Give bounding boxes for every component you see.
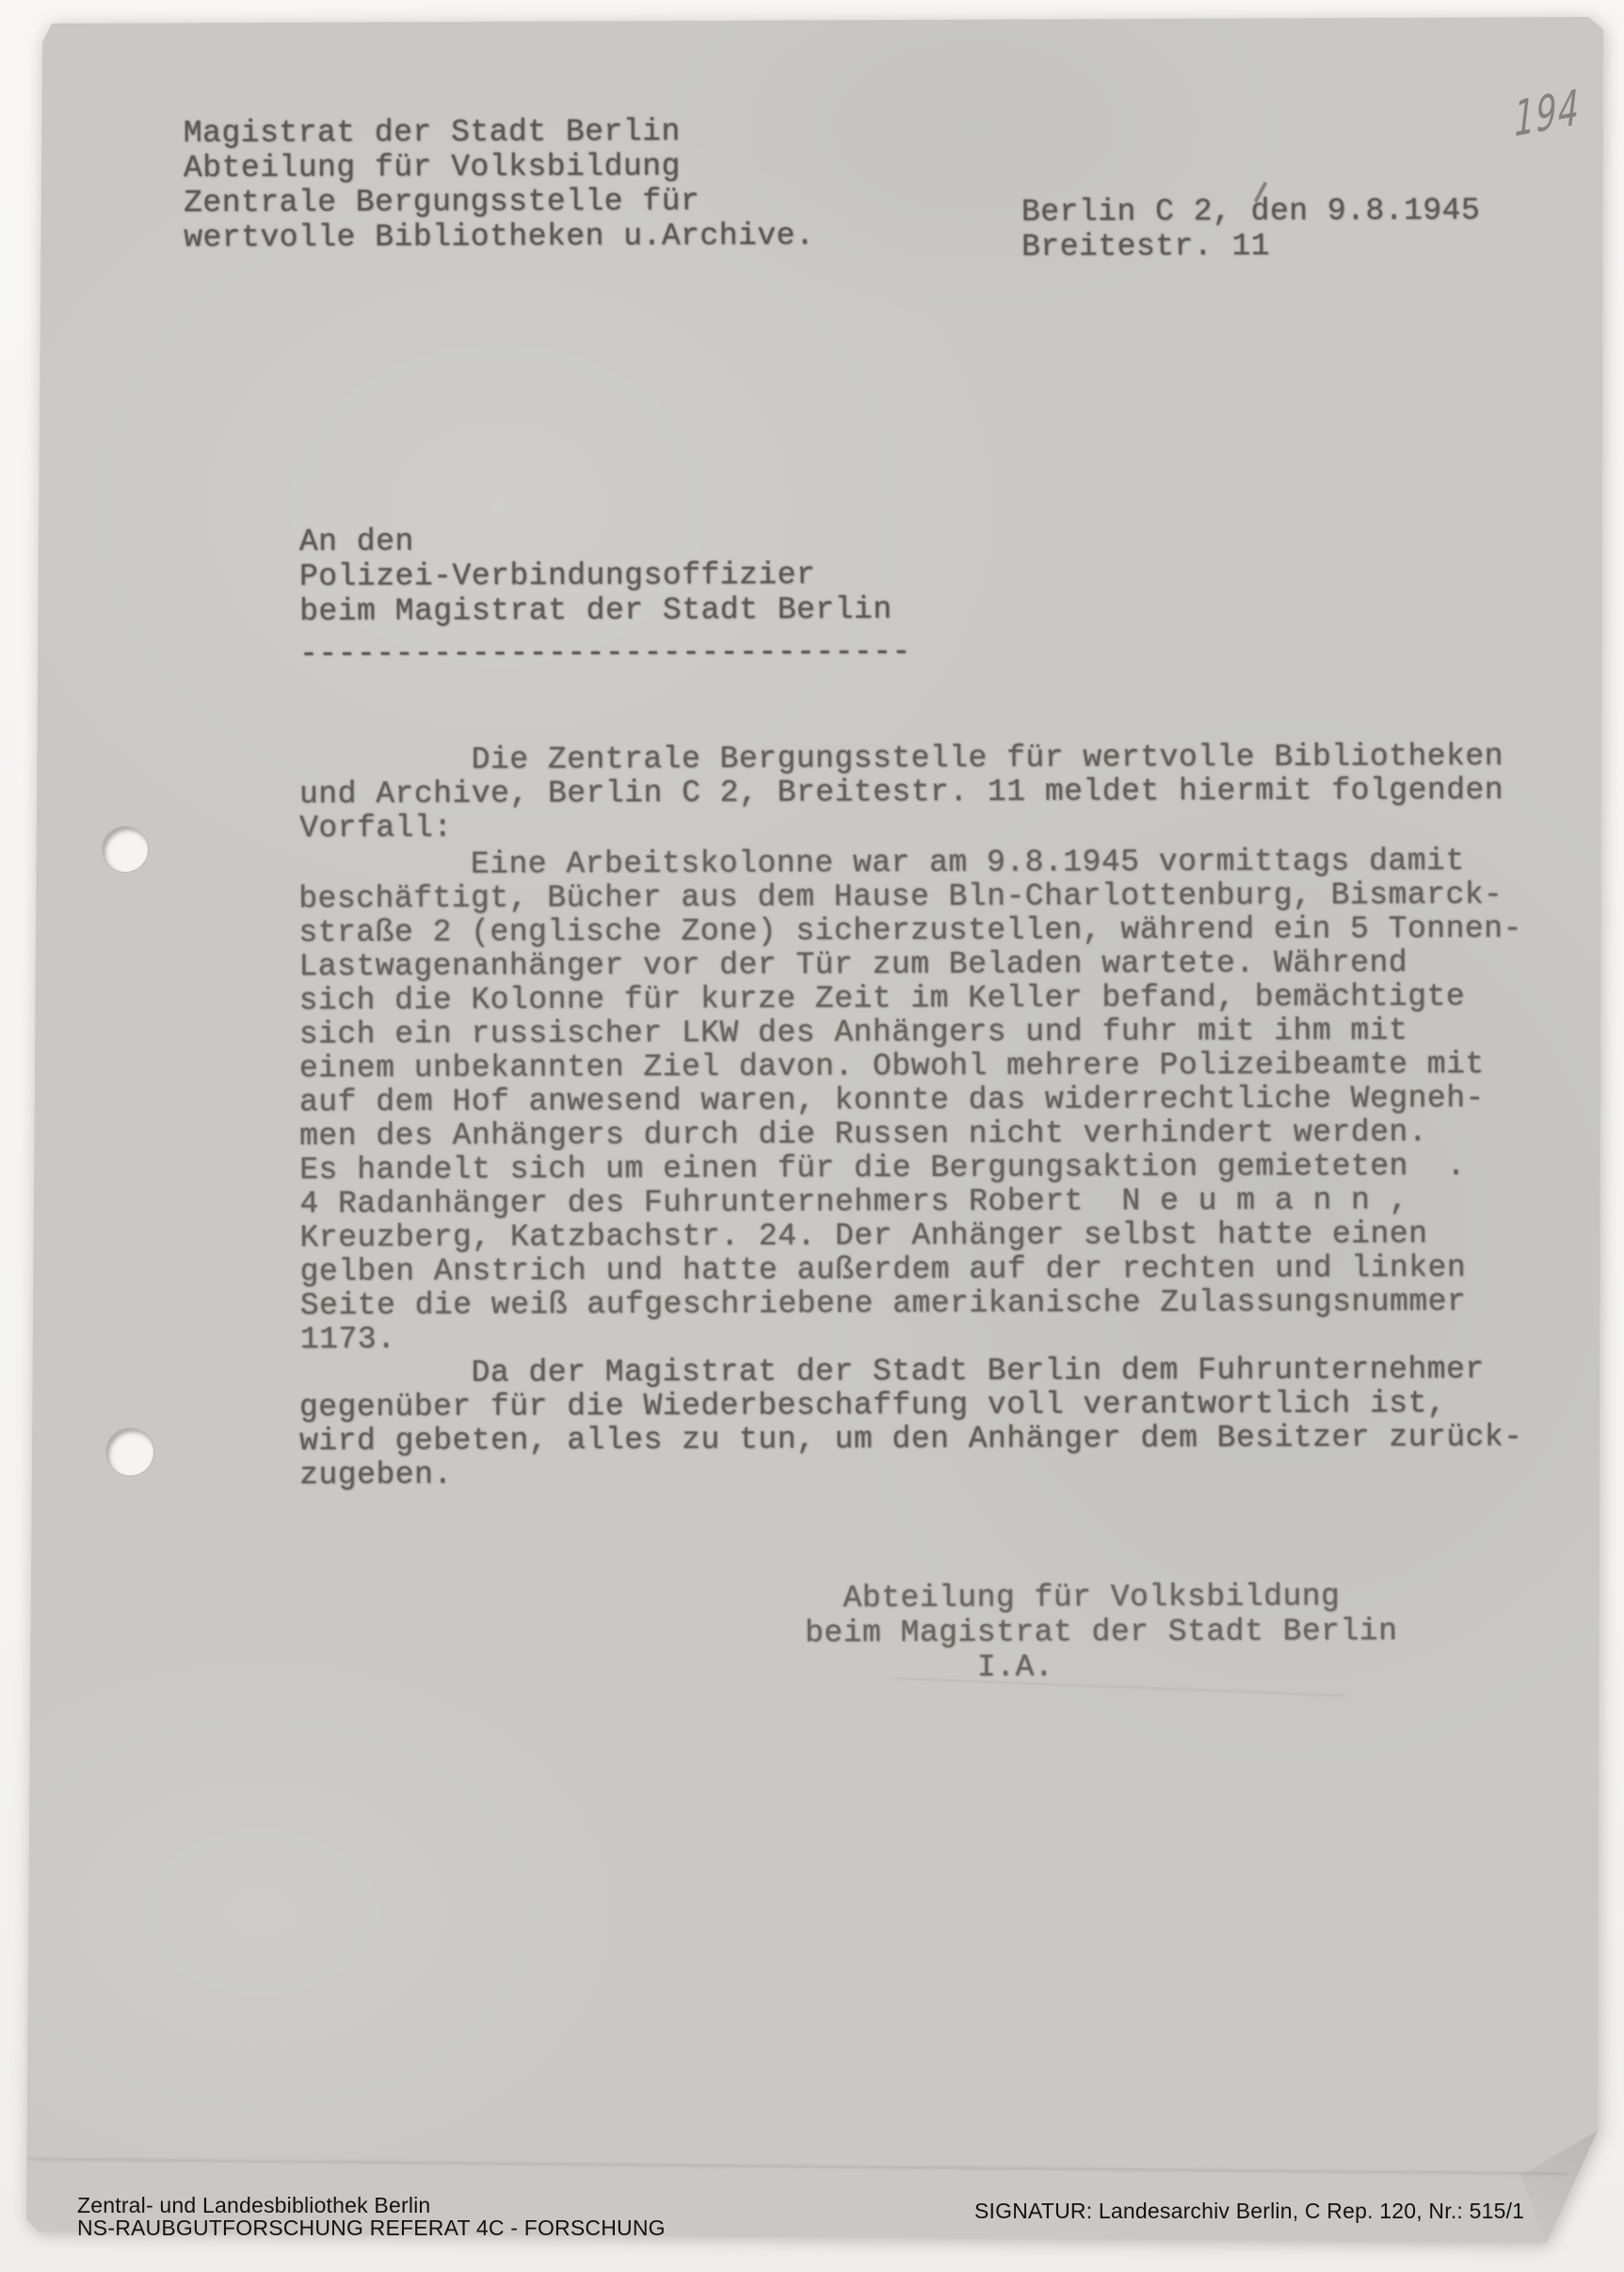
body-paragraph-introduction: Die Zentrale Bergungsstelle für wertvoll… xyxy=(299,740,1503,846)
signature-closing-block: Abteilung für Volksbildung beim Magistra… xyxy=(805,1579,1398,1685)
body-paragraph-incident-report: Eine Arbeitskolonne war am 9.8.1945 vorm… xyxy=(298,845,1523,1358)
body-paragraph-request: Da der Magistrat der Stadt Berlin dem Fu… xyxy=(299,1353,1523,1493)
library-provenance-stamp: Zentral- und Landesbibliothek Berlin NS-… xyxy=(77,2194,666,2239)
punch-hole-top xyxy=(103,827,148,872)
typed-dashed-rule: -------------------------------- xyxy=(299,635,911,671)
place-date-block: Berlin C 2, den 9.8.1945 Breitestr. 11 xyxy=(1021,193,1481,265)
recipient-address-block: An den Polizei-Verbindungsoffizier beim … xyxy=(299,523,892,629)
sender-letterhead-block: Magistrat der Stadt Berlin Abteilung für… xyxy=(184,114,815,255)
punch-hole-bottom xyxy=(106,1428,153,1475)
archive-signature-stamp: SIGNATUR: Landesarchiv Berlin, C Rep. 12… xyxy=(974,2199,1524,2224)
